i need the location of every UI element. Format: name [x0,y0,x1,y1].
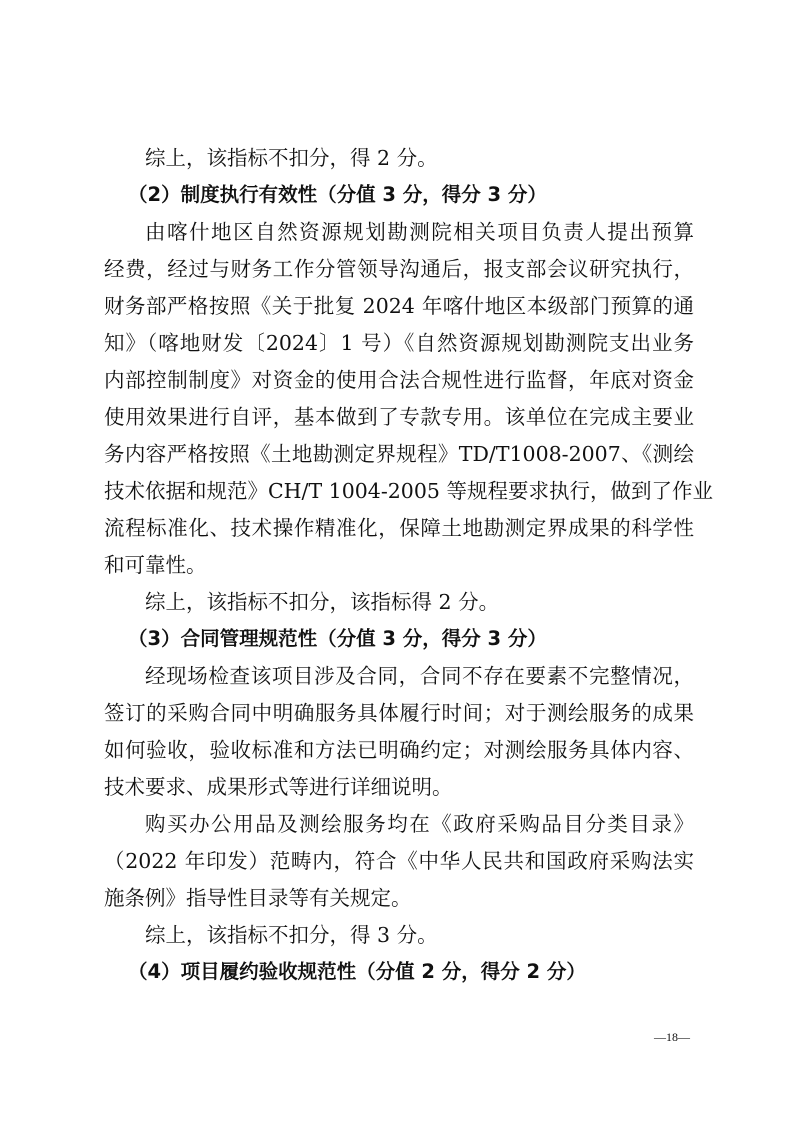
paragraph-line: 技术依据和规范》CH/T 1004-2005 等规程要求执行，做到了作业 [104,478,694,504]
paragraph-line: （2022 年印发）范畴内，符合《中华人民共和国政府采购法实 [104,848,694,874]
paragraph-line: 经现场检查该项目涉及合同，合同不存在要素不完整情况， [145,663,694,689]
paragraph-line: 由喀什地区自然资源规划勘测院相关项目负责人提出预算 [145,219,694,245]
paragraph-line: 流程标准化、技术操作精准化，保障土地勘测定界成果的科学性 [104,515,694,541]
paragraph-conclusion-3: 综上，该指标不扣分，得 3 分。 [145,922,694,948]
section-heading-4: （4）项目履约验收规范性（分值 2 分，得分 2 分） [128,959,718,985]
paragraph-line: 签订的采购合同中明确服务具体履行时间；对于测绘服务的成果 [104,700,694,726]
paragraph-line: 施条例》指导性目录等有关规定。 [104,885,694,911]
paragraph-line: 务内容严格按照《土地勘测定界规程》TD/T1008-2007、《测绘 [104,441,694,467]
paragraph-line: 技术要求、成果形式等进行详细说明。 [104,774,694,800]
section-heading-3: （3）合同管理规范性（分值 3 分，得分 3 分） [128,626,718,652]
paragraph-line: 如何验收，验收标准和方法已明确约定；对测绘服务具体内容、 [104,737,694,763]
paragraph-line: 知》（喀地财发〔2024〕1 号）《自然资源规划勘测院支出业务 [104,330,694,356]
paragraph-line: 经费，经过与财务工作分管领导沟通后，报支部会议研究执行， [104,256,694,282]
paragraph-line: 内部控制制度》对资金的使用合法合规性进行监督，年底对资金 [104,367,694,393]
paragraph-line: 购买办公用品及测绘服务均在《政府采购品目分类目录》 [145,811,694,837]
document-page: 综上，该指标不扣分，得 2 分。 （2）制度执行有效性（分值 3 分，得分 3 … [0,0,793,1122]
paragraph-conclusion-2: 综上，该指标不扣分，该指标得 2 分。 [145,589,694,615]
paragraph-line: 财务部严格按照《关于批复 2024 年喀什地区本级部门预算的通 [104,293,694,319]
section-heading-2: （2）制度执行有效性（分值 3 分，得分 3 分） [128,182,718,208]
paragraph-line: 使用效果进行自评，基本做到了专款专用。该单位在完成主要业 [104,404,694,430]
page-number: —18— [654,1030,690,1045]
paragraph-line: 和可靠性。 [104,552,694,578]
paragraph-conclusion-1: 综上，该指标不扣分，得 2 分。 [145,145,694,171]
